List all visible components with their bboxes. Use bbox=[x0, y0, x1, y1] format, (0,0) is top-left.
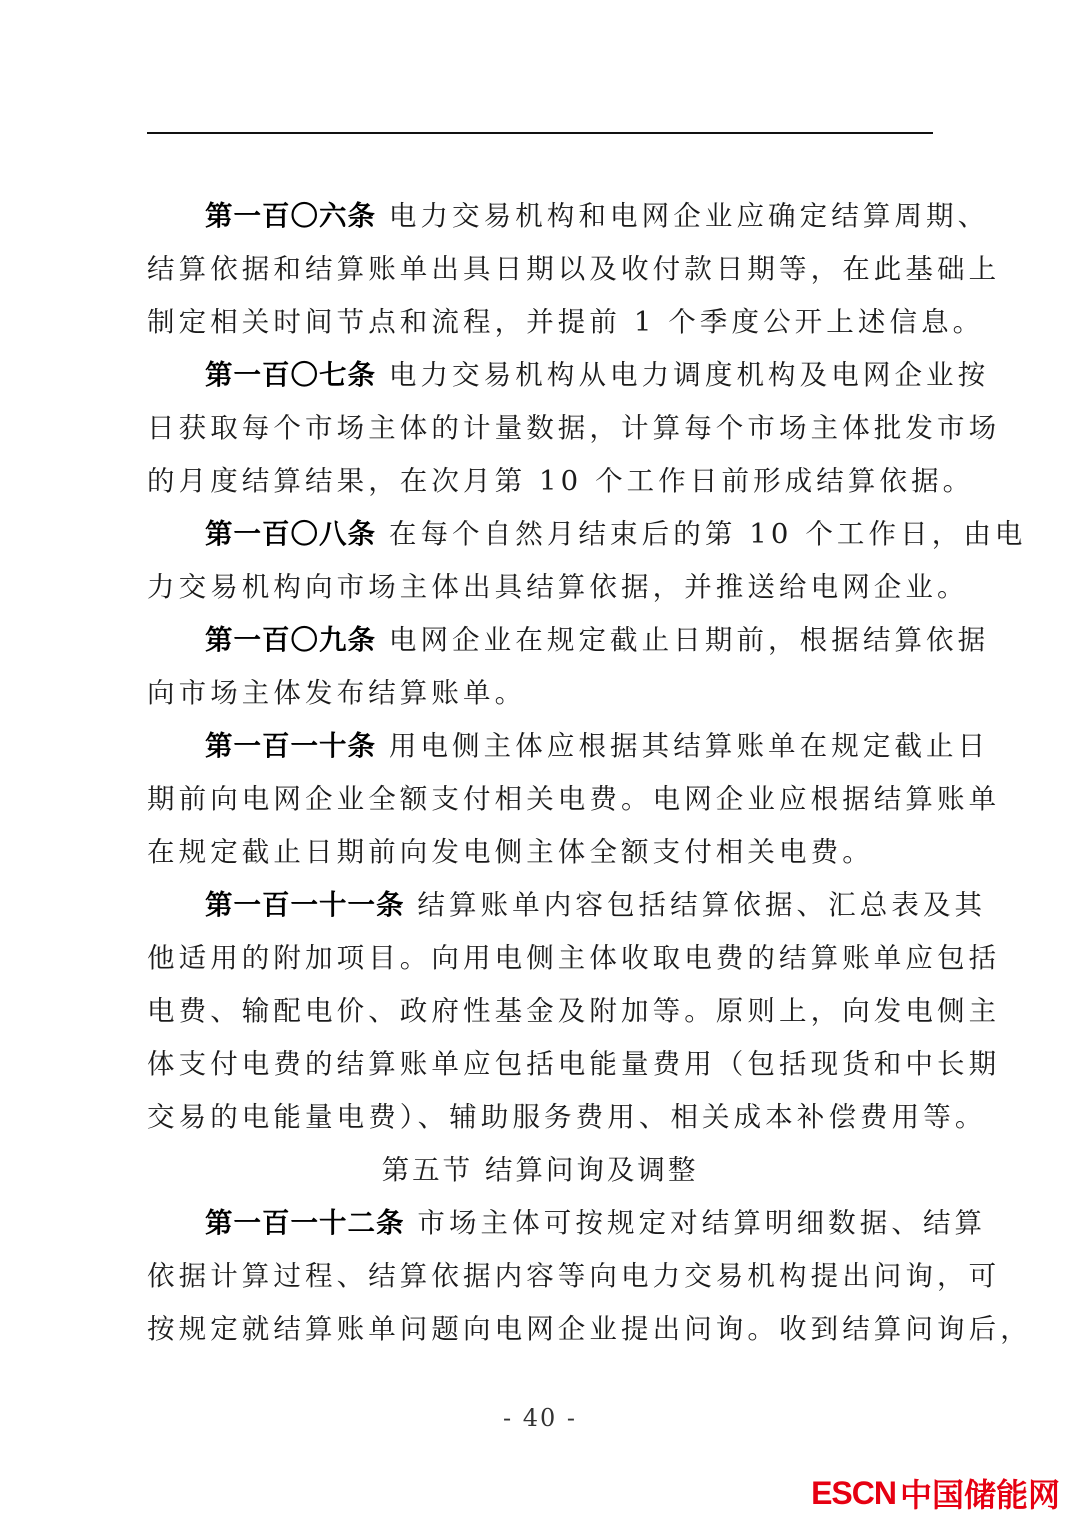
article-112-line-1: 第一百一十二条 市场主体可按规定对结算明细数据、结算 bbox=[147, 1197, 933, 1250]
article-111-line-1: 第一百一十一条 结算账单内容包括结算依据、汇总表及其 bbox=[147, 879, 933, 932]
article-label: 第一百一十条 bbox=[205, 730, 376, 762]
article-label: 第一百〇六条 bbox=[205, 200, 376, 232]
article-111-line-3: 电费、输配电价、政府性基金及附加等。原则上，向发电侧主 bbox=[147, 985, 933, 1038]
article-112-line-2: 依据计算过程、结算依据内容等向电力交易机构提出问询，可 bbox=[147, 1250, 933, 1303]
article-label: 第一百〇七条 bbox=[205, 359, 376, 391]
header-rule bbox=[147, 132, 933, 134]
article-108-line-1: 第一百〇八条 在每个自然月结束后的第 10 个工作日，由电 bbox=[147, 508, 933, 561]
page-number: - 40 - bbox=[0, 1404, 1080, 1432]
article-111-line-5: 交易的电能量电费）、辅助服务费用、相关成本补偿费用等。 bbox=[147, 1091, 933, 1144]
article-107-line-2: 日获取每个市场主体的计量数据，计算每个市场主体批发市场 bbox=[147, 402, 933, 455]
article-106-line-1: 第一百〇六条 电力交易机构和电网企业应确定结算周期、 bbox=[147, 190, 933, 243]
article-111-line-4: 体支付电费的结算账单应包括电能量费用（包括现货和中长期 bbox=[147, 1038, 933, 1091]
article-109-line-1: 第一百〇九条 电网企业在规定截止日期前，根据结算依据 bbox=[147, 614, 933, 667]
article-106-line-3: 制定相关时间节点和流程，并提前 1 个季度公开上述信息。 bbox=[147, 296, 933, 349]
section-heading: 第五节 结算问询及调整 bbox=[147, 1144, 933, 1197]
article-109-line-2: 向市场主体发布结算账单。 bbox=[147, 667, 933, 720]
article-label: 第一百一十二条 bbox=[205, 1207, 405, 1239]
article-110-line-3: 在规定截止日期前向发电侧主体全额支付相关电费。 bbox=[147, 826, 933, 879]
article-text: 电力交易机构从电力调度机构及电网企业按 bbox=[376, 359, 989, 391]
article-107-line-1: 第一百〇七条 电力交易机构从电力调度机构及电网企业按 bbox=[147, 349, 933, 402]
article-text: 用电侧主体应根据其结算账单在规定截止日 bbox=[376, 730, 989, 762]
document-body: 第一百〇六条 电力交易机构和电网企业应确定结算周期、 结算依据和结算账单出具日期… bbox=[147, 190, 933, 1356]
escn-watermark-logo: ESCN 中国储能网 bbox=[811, 1470, 1060, 1516]
article-text: 在每个自然月结束后的第 10 个工作日，由电 bbox=[376, 518, 1027, 550]
article-111-line-2: 他适用的附加项目。向用电侧主体收取电费的结算账单应包括 bbox=[147, 932, 933, 985]
article-112-line-3: 按规定就结算账单问题向电网企业提出问询。收到结算问询后， bbox=[147, 1303, 933, 1356]
article-110-line-1: 第一百一十条 用电侧主体应根据其结算账单在规定截止日 bbox=[147, 720, 933, 773]
article-107-line-3: 的月度结算结果，在次月第 10 个工作日前形成结算依据。 bbox=[147, 455, 933, 508]
logo-cn: 中国储能网 bbox=[900, 1470, 1060, 1516]
article-label: 第一百〇九条 bbox=[205, 624, 376, 656]
article-label: 第一百〇八条 bbox=[205, 518, 376, 550]
article-text: 市场主体可按规定对结算明细数据、结算 bbox=[405, 1207, 987, 1239]
article-106-line-2: 结算依据和结算账单出具日期以及收付款日期等，在此基础上 bbox=[147, 243, 933, 296]
article-text: 电网企业在规定截止日期前，根据结算依据 bbox=[376, 624, 989, 656]
article-text: 电力交易机构和电网企业应确定结算周期、 bbox=[376, 200, 989, 232]
logo-en: ESCN bbox=[811, 1475, 896, 1512]
article-108-line-2: 力交易机构向市场主体出具结算依据，并推送给电网企业。 bbox=[147, 561, 933, 614]
article-110-line-2: 期前向电网企业全额支付相关电费。电网企业应根据结算账单 bbox=[147, 773, 933, 826]
article-label: 第一百一十一条 bbox=[205, 889, 405, 921]
article-text: 结算账单内容包括结算依据、汇总表及其 bbox=[405, 889, 987, 921]
